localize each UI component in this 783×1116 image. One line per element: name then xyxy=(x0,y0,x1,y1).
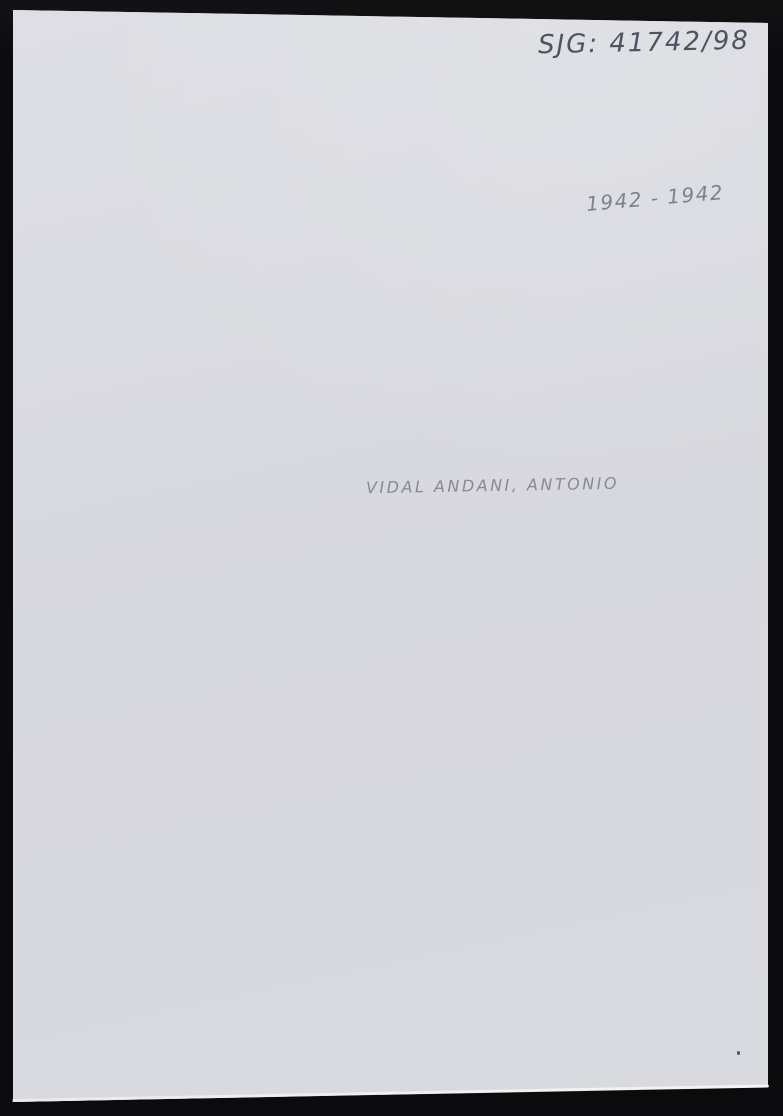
paper-speck xyxy=(737,1051,740,1055)
paper-right-edge-highlight xyxy=(767,24,769,1087)
document-paper xyxy=(0,0,783,1116)
photo-scene: SJG: 41742/98 1942 - 1942 VIDAL ANDANI, … xyxy=(0,0,783,1116)
archive-reference-code: SJG: 41742/98 xyxy=(538,26,750,60)
